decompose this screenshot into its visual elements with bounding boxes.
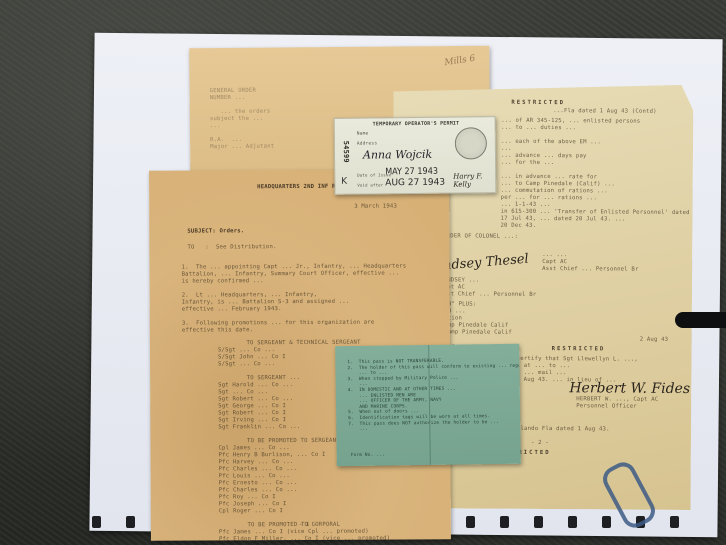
spiral-ring [670,516,679,528]
state-seal-icon [455,127,487,159]
header: HEADQUARTERS 2ND INF REGT [257,184,346,191]
second-heading: RESTRICTED [552,346,606,353]
page-number: - 2 - [531,440,549,447]
address-label: Address [357,140,377,147]
issue-date: MAY 27 1943 [385,167,438,178]
card-title: TEMPORARY OPERATOR'S PERMIT [373,121,460,129]
spiral-ring [602,516,611,528]
to-line: TO : See Distribution. [187,244,276,251]
name-label: Name [357,130,369,137]
card-mark: K [341,177,347,187]
pass-rules: 1. This pass is NOT TRANSFERABLE. 2. The… [347,357,520,433]
second-date: 2 Aug 43 [640,337,669,344]
heading: RESTRICTED [511,100,565,107]
spiral-ring [500,516,509,528]
subject: SUBJECT: Orders. [187,228,244,235]
holder-signature: Anna Wojcik [363,148,432,162]
margin-note: Mills 6 [444,54,476,68]
spiral-ring [466,516,475,528]
page-number: - 1 - [299,522,317,529]
certifier-block: HERBERT W. ..., Capt AC Personnel Office… [576,396,658,411]
official-signature: Harry F. Kelly [453,172,495,188]
signer-block: ... ... Capt AC Asst Chief ... Personnel… [542,252,638,274]
spiral-ring [126,516,135,528]
pass-footer: Form No. ... [351,452,385,459]
paragraphs: 1. The ... appointing Capt ... Jr., Infa… [182,263,407,334]
spiral-ring [534,516,543,528]
spiral-ring [568,516,577,528]
body-text: ... of AR 345-125, ... enlisted persons … [500,118,690,231]
date: 3 March 1943 [354,203,397,210]
serial-number: 54599 [342,141,349,163]
operator-permit-card: TEMPORARY OPERATOR'S PERMIT 54599 Name A… [334,116,497,195]
back-document-text: GENERAL ORDER NUMBER ... ... the orders … [210,88,275,152]
ref-line: ...Fla dated 1 Aug 43 (Contd) [553,108,657,116]
expire-date: AUG 27 1943 [385,178,445,189]
spiral-ring [92,516,101,528]
pen-clip [675,312,726,328]
official-block: LINDSEY ... Capt AC Asst Chief ... Perso… [440,277,536,299]
expire-label: Void after [357,181,383,188]
green-pass-card: 1. This pass is NOT TRANSFERABLE. 2. The… [335,344,521,467]
certifier-signature: Herbert W. Fides [569,380,690,397]
